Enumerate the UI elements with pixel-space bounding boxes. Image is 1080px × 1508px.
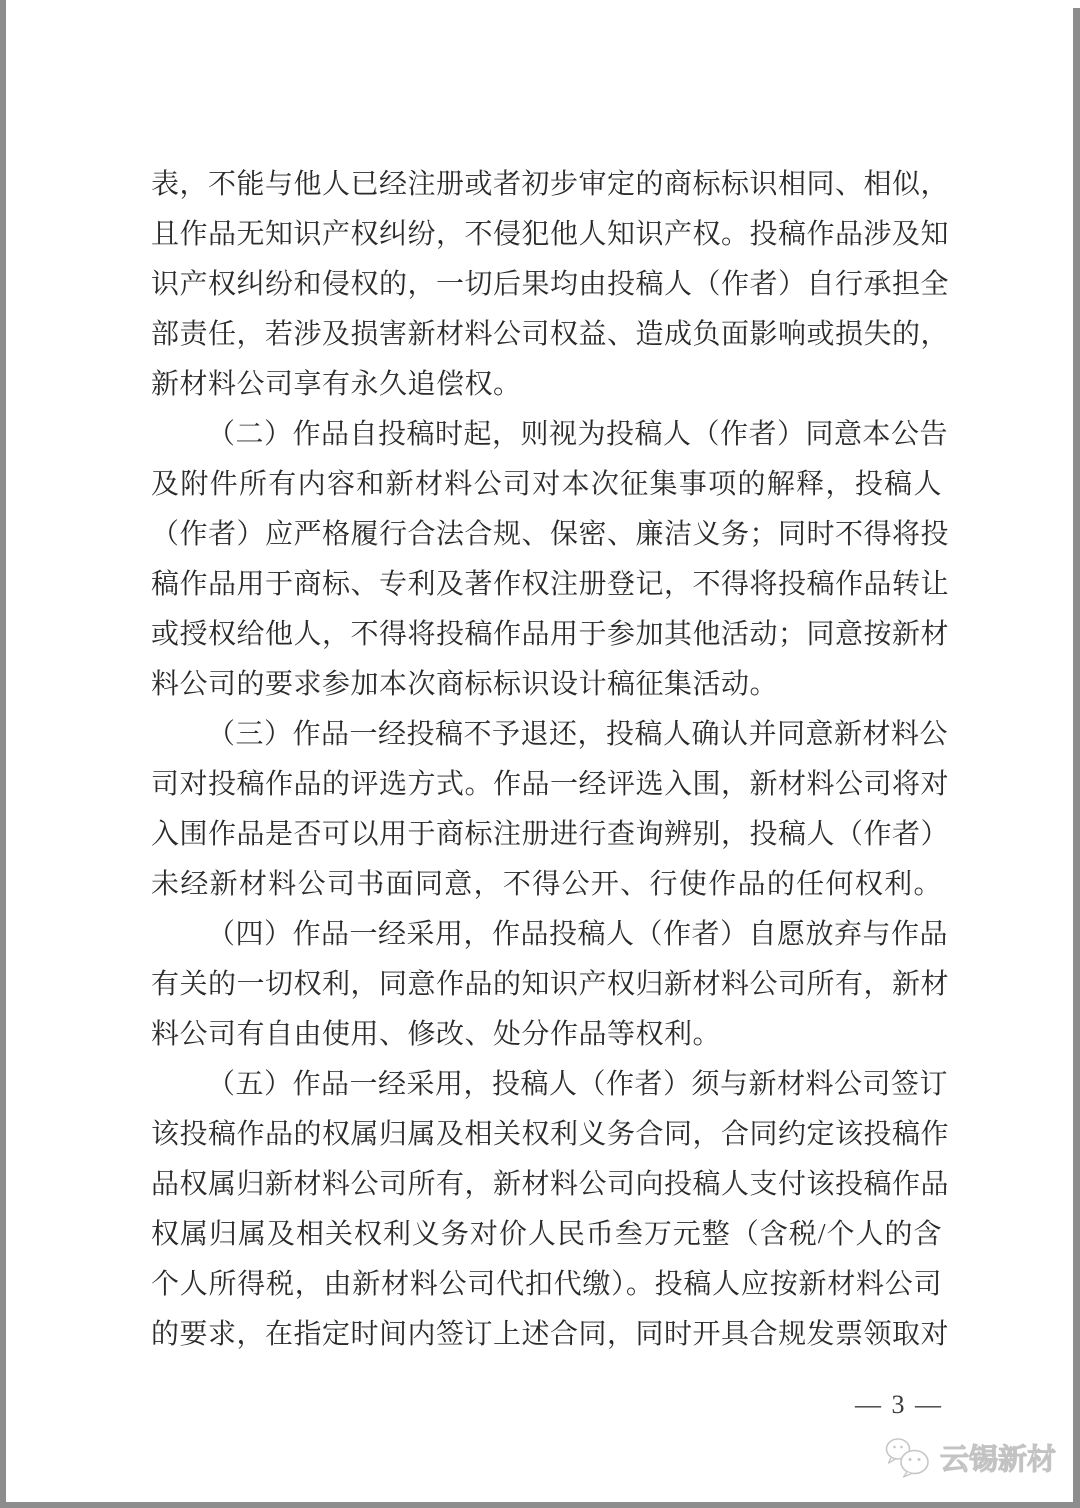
wechat-icon (883, 1436, 933, 1478)
text-line: 品权属归新材料公司所有，新材料公司向投稿人支付该投稿作品 (151, 1160, 942, 1210)
text-line: 且作品无知识产权纠纷，不侵犯他人知识产权。投稿作品涉及知 (151, 210, 942, 260)
text-line: （五）作品一经采用，投稿人（作者）须与新材料公司签订 (151, 1060, 942, 1110)
text-line: 新材料公司享有永久追偿权。 (151, 360, 942, 410)
text-line: 该投稿作品的权属归属及相关权利义务合同，合同约定该投稿作 (151, 1110, 942, 1160)
document-body: 表，不能与他人已经注册或者初步审定的商标标识相同、相似，且作品无知识产权纠纷，不… (151, 160, 942, 1360)
text-line: 司对投稿作品的评选方式。作品一经评选入围，新材料公司将对 (151, 760, 942, 810)
text-line: 部责任，若涉及损害新材料公司权益、造成负面影响或损失的， (151, 310, 942, 360)
text-line: （二）作品自投稿时起，则视为投稿人（作者）同意本公告 (151, 410, 942, 460)
text-line: 料公司的要求参加本次商标标识设计稿征集活动。 (151, 660, 942, 710)
text-line: 个人所得税，由新材料公司代扣代缴）。投稿人应按新材料公司 (151, 1260, 942, 1310)
text-line: 表，不能与他人已经注册或者初步审定的商标标识相同、相似， (151, 160, 942, 210)
text-line: 识产权纠纷和侵权的，一切后果均由投稿人（作者）自行承担全 (151, 260, 942, 310)
text-line: （三）作品一经投稿不予退还，投稿人确认并同意新材料公 (151, 710, 942, 760)
text-line: 及附件所有内容和新材料公司对本次征集事项的解释，投稿人 (151, 460, 942, 510)
text-line: 或授权给他人，不得将投稿作品用于参加其他活动；同意按新材 (151, 610, 942, 660)
text-line: 稿作品用于商标、专利及著作权注册登记，不得将投稿作品转让 (151, 560, 942, 610)
watermark-text: 云锡新材 (940, 1437, 1056, 1478)
text-line: 的要求，在指定时间内签订上述合同，同时开具合规发票领取对 (151, 1310, 942, 1360)
document-page: 表，不能与他人已经注册或者初步审定的商标标识相同、相似，且作品无知识产权纠纷，不… (0, 0, 1080, 1508)
viewer-edge-left (0, 0, 6, 1508)
page-number: — 3 — (855, 1390, 943, 1420)
text-line: 入围作品是否可以用于商标注册进行查询辨别，投稿人（作者） (151, 810, 942, 860)
text-line: （作者）应严格履行合法合规、保密、廉洁义务；同时不得将投 (151, 510, 942, 560)
watermark: 云锡新材 (883, 1436, 1056, 1478)
text-line: 权属归属及相关权利义务对价人民币叁万元整（含税/个人的含 (151, 1210, 942, 1260)
viewer-edge-bottom (0, 1502, 1080, 1508)
text-line: 料公司有自由使用、修改、处分作品等权利。 (151, 1010, 942, 1060)
viewer-edge-right (1073, 8, 1080, 1508)
text-line: 未经新材料公司书面同意，不得公开、行使作品的任何权利。 (151, 860, 942, 910)
text-line: （四）作品一经采用，作品投稿人（作者）自愿放弃与作品 (151, 910, 942, 960)
text-line: 有关的一切权利，同意作品的知识产权归新材料公司所有，新材 (151, 960, 942, 1010)
